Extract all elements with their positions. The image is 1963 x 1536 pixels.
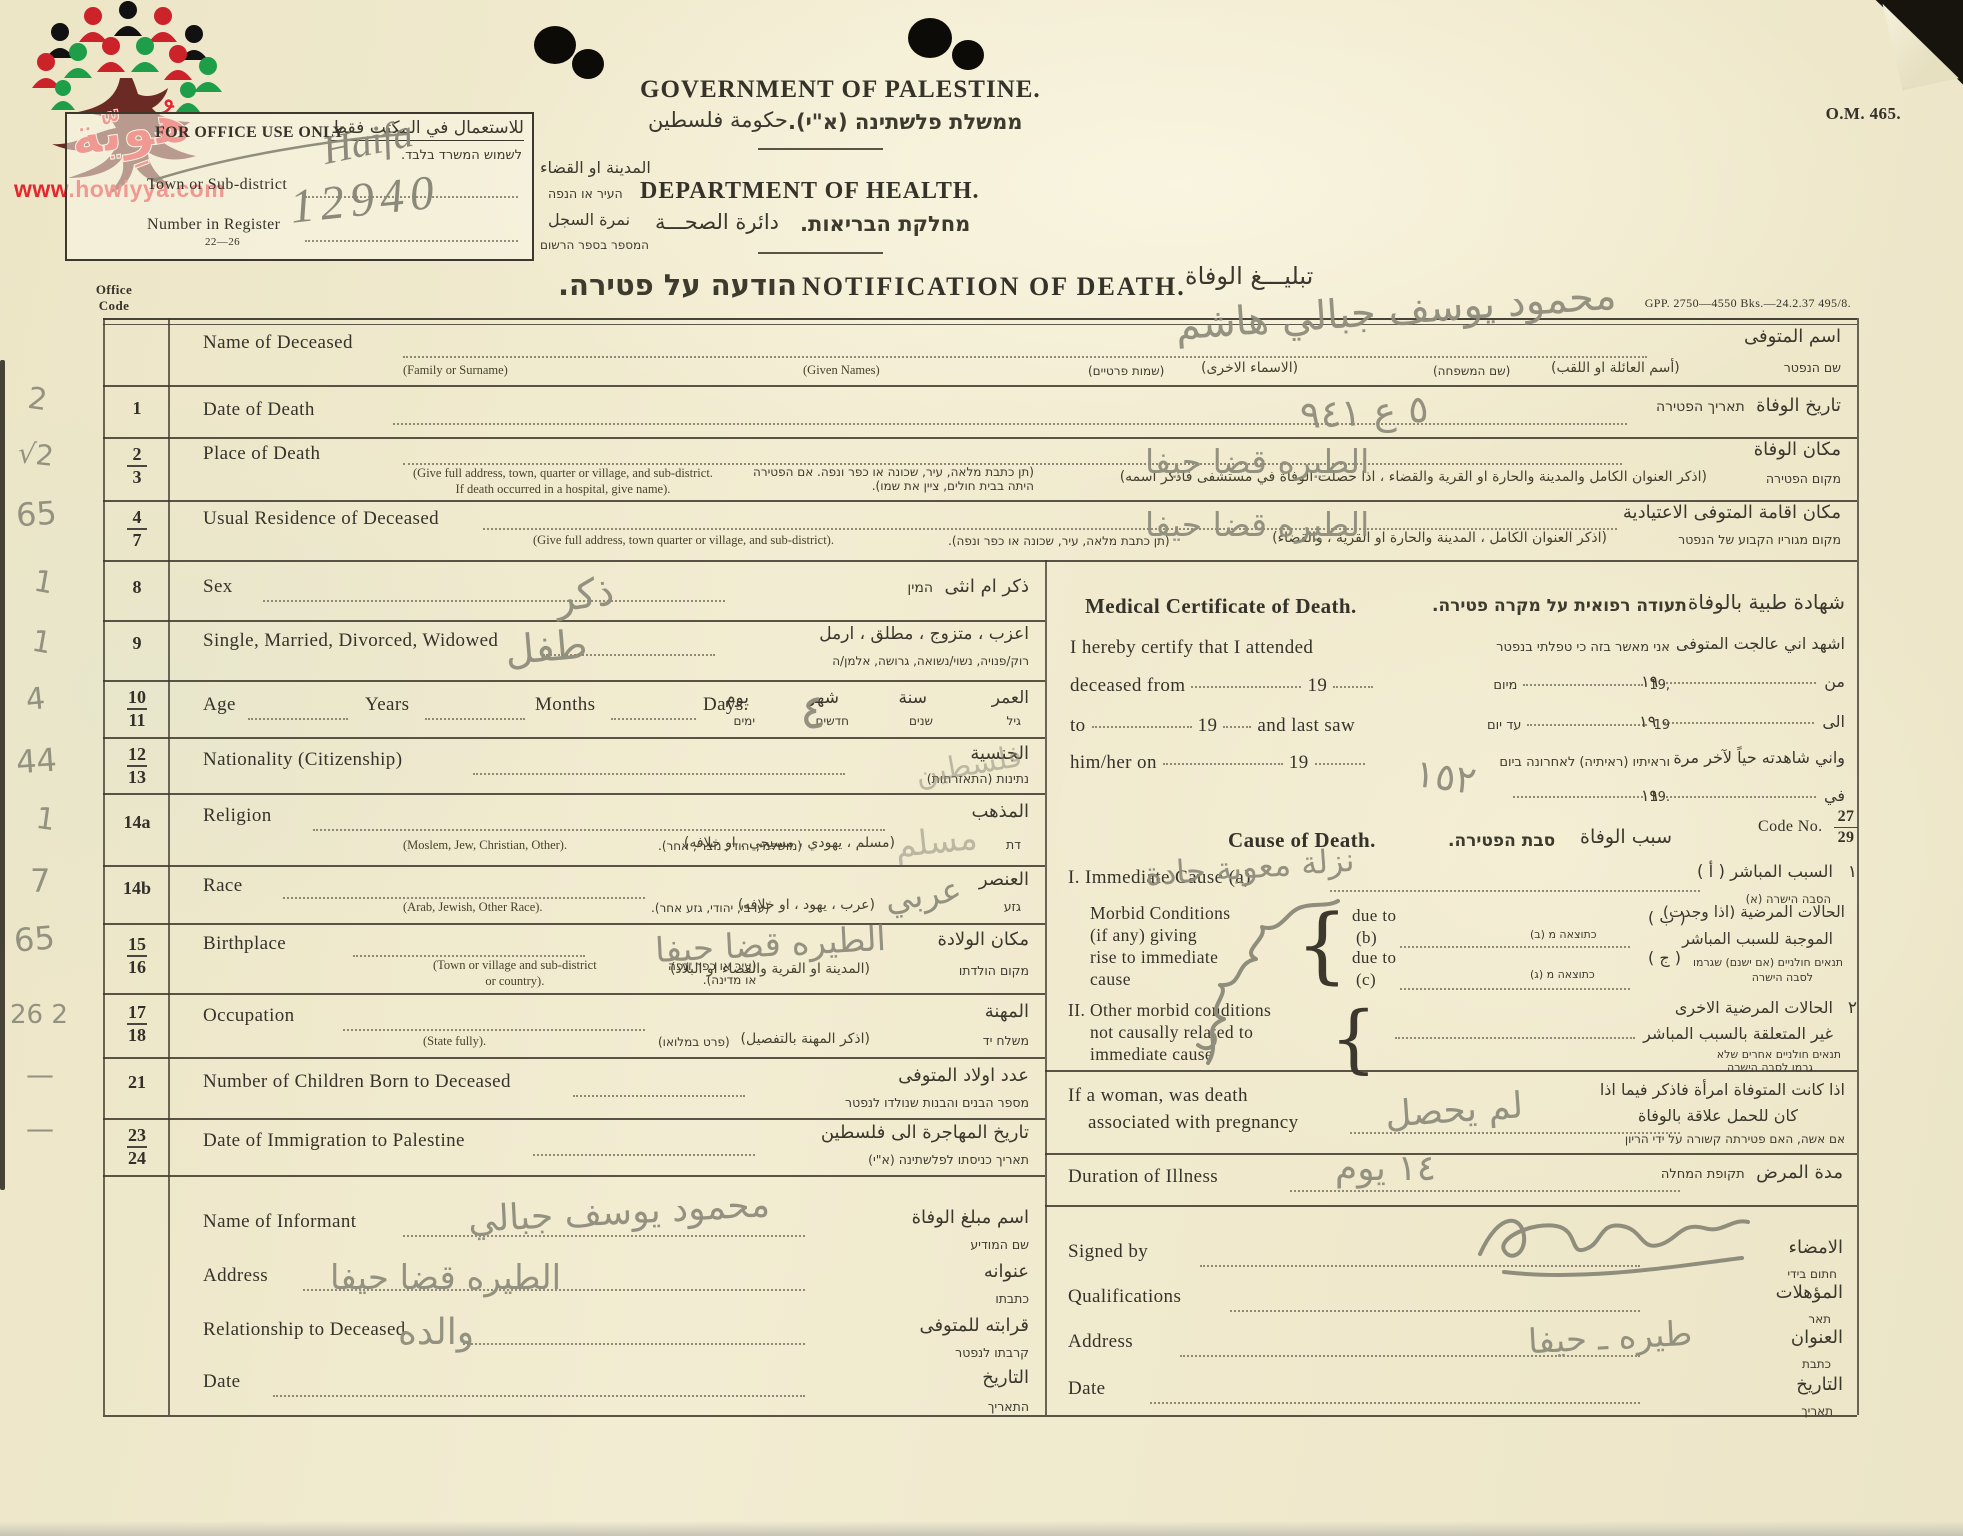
dotted-line[interactable] bbox=[263, 598, 725, 602]
register-range: 22—26 bbox=[205, 236, 240, 248]
dotted-line[interactable] bbox=[425, 716, 525, 720]
row-number: 14a bbox=[109, 813, 165, 832]
immediate-cause-ar: السبب المباشر ( أ ) bbox=[1697, 862, 1833, 881]
religion-label-he: דת bbox=[1006, 837, 1021, 852]
morbid-ar1: الحالات المرضية (اذا وجدت) bbox=[1663, 903, 1845, 921]
department-title-en: DEPARTMENT OF HEALTH. bbox=[640, 178, 940, 205]
c-label-ar: ( ج ) bbox=[1648, 948, 1681, 967]
doctor-date-label: Date bbox=[1068, 1378, 1105, 1400]
row-line bbox=[1045, 1153, 1857, 1155]
print-reference: GPP. 2750—4550 Bks.—24.2.37 495/8. bbox=[1645, 296, 1851, 311]
signed-by-signature bbox=[1470, 1192, 1760, 1287]
residence-label-he: מקום מגוריו הקבוע של הנפטר bbox=[1678, 532, 1841, 547]
page-title-ar: تبليـــغ الوفاة bbox=[1185, 262, 1313, 290]
residence-instructions-en: (Give full address, town quarter or vill… bbox=[533, 532, 834, 548]
place-of-death-label-he: מקום הפטירה bbox=[1766, 471, 1841, 486]
margin-code: 1 bbox=[34, 801, 58, 838]
b-label-ar: ( ب ) bbox=[1648, 908, 1686, 927]
age-label: Age bbox=[203, 694, 236, 716]
pregnancy-he: אם אשה, האם פטירתה קשורה על ידי הריון bbox=[1625, 1132, 1845, 1146]
immigration-label-ar: تاريخ المهاجرة الى فلسطين bbox=[821, 1122, 1029, 1143]
office-code-label: Office Code bbox=[88, 282, 140, 313]
margin-code: 4 bbox=[24, 681, 47, 718]
row-place-of-death: 23 Place of Death (Give full address, to… bbox=[103, 437, 1857, 500]
handwritten-age: ٤ bbox=[800, 684, 826, 740]
pregnancy-line2: associated with pregnancy bbox=[1088, 1112, 1298, 1134]
relationship-label-he: קרבתו לנפטר bbox=[955, 1345, 1029, 1360]
immediate-cause-number-ar: ١ bbox=[1848, 862, 1857, 882]
office-box-title-he: לשמוש המשרד בלבד. bbox=[401, 148, 522, 163]
attended-to-ar: الى١٩ bbox=[1639, 712, 1845, 731]
dotted-line[interactable] bbox=[1230, 1308, 1640, 1312]
scan-edge-left bbox=[0, 360, 5, 1190]
panel-divider bbox=[1045, 560, 1047, 1415]
qualifications-label-he: תאר bbox=[1808, 1312, 1831, 1326]
handwritten-informant-address: الطيره قضا حيفا bbox=[330, 1258, 561, 1298]
given-names-sub-label: (Given Names) bbox=[803, 362, 880, 378]
religion-options-en: (Moslem, Jew, Christian, Other). bbox=[403, 837, 567, 853]
date-of-death-label-ar: تاريخ الوفاة תאריך הפטירה bbox=[1656, 395, 1841, 416]
code-no-label: Code No. bbox=[1758, 818, 1823, 836]
children-label-ar: عدد اولاد المتوفى bbox=[898, 1065, 1029, 1086]
doctor-address-label: Address bbox=[1068, 1331, 1133, 1353]
informant-address-label-he: כתבתו bbox=[995, 1291, 1029, 1306]
margin-code: 1 bbox=[31, 564, 56, 602]
handwritten-duration: ١٤ يوم bbox=[1335, 1148, 1436, 1189]
years-label-ar: سنة bbox=[899, 688, 928, 708]
pregnancy-ar2: كان للحمل علاقة بالوفاة bbox=[1638, 1106, 1798, 1125]
handwritten-death-date: ٥ ع ٩٤١ bbox=[1299, 387, 1430, 438]
department-title-he: מחלקת הבריאות. bbox=[800, 212, 970, 236]
informant-name-label: Name of Informant bbox=[203, 1211, 356, 1233]
informant-date-label-ar: التاريخ bbox=[982, 1367, 1029, 1388]
doctor-signature-scribble bbox=[1188, 895, 1358, 1070]
occupation-instructions-ar: (اذكر المهنة بالتفصيل) bbox=[741, 1031, 870, 1047]
dotted-line[interactable] bbox=[273, 1393, 805, 1397]
row-birthplace: 1516 Birthplace (Town or village and sub… bbox=[103, 923, 1045, 993]
signed-by-label-he: חתום בידי bbox=[1787, 1267, 1837, 1281]
margin-code: 2 bbox=[26, 381, 50, 418]
scan-edge-bottom bbox=[0, 1521, 1963, 1536]
surname-sub-ar: (أسم العائلة او اللقب) bbox=[1551, 360, 1680, 376]
qualifications-label: Qualifications bbox=[1068, 1286, 1181, 1308]
dotted-line[interactable] bbox=[1400, 944, 1630, 948]
due-to-b-label: due to bbox=[1352, 906, 1396, 926]
years-label: Years bbox=[365, 694, 409, 716]
marital-label: Single, Married, Divorced, Widowed bbox=[203, 630, 498, 652]
age-label-ar: العمر bbox=[992, 688, 1029, 708]
margin-code: 65 bbox=[15, 494, 58, 535]
race-label: Race bbox=[203, 875, 243, 897]
religion-options-ar: (مسلم ، يهودي ، مسيحي ، او خلافه) bbox=[684, 835, 895, 851]
race-label-ar: العنصر bbox=[979, 869, 1029, 890]
row-number: 1516 bbox=[113, 935, 161, 977]
sex-label: Sex bbox=[203, 576, 233, 598]
margin-code: √2 bbox=[16, 436, 55, 473]
attended-to-line: to19and last saw bbox=[1070, 715, 1355, 737]
subdistrict-label-he: העיר או הנפה bbox=[548, 186, 623, 201]
medical-cert-title-ar: شهادة طبية بالوفاة bbox=[1688, 590, 1845, 614]
last-saw-line: him/her on19 bbox=[1070, 752, 1371, 774]
c-label-he: כתוצאה מ (ג) bbox=[1530, 968, 1595, 981]
given-names-sub-ar: (الاسماء الاخرى) bbox=[1201, 360, 1298, 376]
residence-label-ar: مكان اقامة المتوفى الاعتيادية bbox=[1623, 502, 1841, 523]
place-of-death-label-ar: مكان الوفاة bbox=[1754, 439, 1841, 460]
handwritten-sex: ذكر bbox=[552, 568, 617, 622]
row-number: 8 bbox=[113, 578, 161, 597]
marital-label-he: רוק/פנויה, נשוי/נשואה, גרושה, אלמן/ה bbox=[832, 654, 1029, 668]
dotted-line[interactable] bbox=[611, 716, 696, 720]
other-morbid-he2: גרמו לסבה הישרה bbox=[1727, 1061, 1813, 1074]
register-label-ar: نمرة السجل bbox=[548, 210, 630, 229]
pregnancy-ar1: اذا كانت المتوفاة امرأة فاذكر فيما اذا bbox=[1600, 1080, 1845, 1099]
row-number: 1718 bbox=[113, 1003, 161, 1045]
medical-cert-title-en: Medical Certificate of Death. bbox=[1085, 594, 1357, 619]
residence-label: Usual Residence of Deceased bbox=[203, 508, 439, 530]
age-label-he: גיל bbox=[1007, 714, 1021, 728]
morbid-he2: לסבה הישרה bbox=[1752, 971, 1813, 984]
religion-label: Religion bbox=[203, 805, 272, 827]
cause-title-ar: سبب الوفاة bbox=[1580, 826, 1672, 848]
row-age: 1011 Age Years Months Days. العمر גיל سن… bbox=[103, 680, 1045, 737]
c-label: (c) bbox=[1356, 970, 1376, 990]
certify-line-he: אני מאשר בזה כי טפלתי בנפטר bbox=[1430, 640, 1670, 655]
death-notification-form: هُوِيّة www.howiyya.com O.M. 465. FOR OF… bbox=[0, 0, 1963, 1536]
occupation-instructions-he: (פרט במלואו) bbox=[658, 1035, 730, 1049]
attended-from-he: ,19מיום bbox=[1430, 678, 1670, 693]
date-of-death-label: Date of Death bbox=[203, 399, 315, 421]
dotted-line[interactable] bbox=[533, 1152, 755, 1156]
attended-from-line: deceased from19 bbox=[1070, 675, 1379, 697]
row-usual-residence: 47 Usual Residence of Deceased (Give ful… bbox=[103, 500, 1857, 560]
dotted-line[interactable] bbox=[403, 354, 1647, 358]
informant-date-label-he: התאריך bbox=[988, 1399, 1029, 1414]
margin-code: — bbox=[26, 1112, 54, 1145]
handwritten-doctor-address: طيره ـ حيفا bbox=[1527, 1314, 1693, 1363]
duration-label-ar: مدة المرض תקופת המחלה bbox=[1661, 1162, 1843, 1183]
subdistrict-label-ar: المدينة او القضاء bbox=[540, 158, 651, 177]
relationship-label-ar: قرابته للمتوفى bbox=[919, 1315, 1029, 1336]
informant-address-label-ar: عنوانه bbox=[984, 1261, 1029, 1282]
row-number: 1 bbox=[113, 399, 161, 418]
code-no-values: 2729 bbox=[1832, 808, 1860, 847]
nationality-label: Nationality (Citizenship) bbox=[203, 749, 402, 771]
morbid-line2: (if any) giving bbox=[1090, 925, 1197, 946]
marital-label-ar: اعزب ، متزوج ، مطلق ، ارمل bbox=[819, 624, 1029, 644]
handwritten-cert-mark: ١٥٢ bbox=[1412, 751, 1479, 803]
days-label-ar: يوم bbox=[725, 688, 749, 708]
row-number: 14b bbox=[109, 879, 165, 898]
row-number: 9 bbox=[113, 634, 161, 653]
attended-from-ar: من١٩ bbox=[1641, 672, 1845, 691]
qualifications-label-ar: المؤهلات bbox=[1776, 1282, 1843, 1303]
dotted-line[interactable] bbox=[1400, 986, 1630, 990]
hole-punch bbox=[908, 18, 952, 58]
surname-sub-label: (Family or Surname) bbox=[403, 362, 508, 378]
cause-title-he: סבת הפטירה. bbox=[1448, 831, 1555, 851]
last-saw-ar: واني شاهدته حياً لآخر مرة bbox=[1673, 748, 1845, 767]
birthplace-instructions-en: (Town or village and sub-district or cou… bbox=[433, 957, 597, 990]
attended-to-he: 19עד יום bbox=[1430, 718, 1670, 733]
handwritten-immediate-cause: نزلة معوية حادة bbox=[1144, 841, 1356, 894]
row-number: 1213 bbox=[113, 745, 161, 787]
dotted-line[interactable] bbox=[1150, 1400, 1640, 1404]
dotted-line[interactable] bbox=[393, 421, 1627, 425]
years-label-he: שנים bbox=[909, 714, 933, 728]
page-title-en: NOTIFICATION OF DEATH. bbox=[802, 272, 1186, 302]
morbid-he1: תנאים חולניים (אם ישנם) שגרמו bbox=[1693, 956, 1843, 969]
other-morbid-he1: תנאים חולניים אחרים שלא bbox=[1717, 1048, 1841, 1061]
name-label-ar: اسم المتوفى bbox=[1744, 326, 1841, 347]
place-instructions-he: (תן כתבת מלאה, עיר, שכונה או כפר ונפה. א… bbox=[753, 465, 1034, 493]
government-title-he: ממשלת פלשתינה (א"י). bbox=[788, 110, 1023, 134]
rule-line bbox=[758, 148, 883, 150]
signed-by-label: Signed by bbox=[1068, 1241, 1148, 1263]
pregnancy-line1: If a woman, was death bbox=[1068, 1085, 1248, 1107]
margin-code: 1 bbox=[29, 624, 54, 662]
dotted-line bbox=[305, 238, 518, 242]
due-to-c-label: due to bbox=[1352, 948, 1396, 968]
given-names-sub-he: (שמות פרטיים) bbox=[1088, 364, 1164, 378]
immigration-label: Date of Immigration to Palestine bbox=[203, 1130, 465, 1152]
months-label: Months bbox=[535, 694, 595, 716]
margin-code: 44 bbox=[15, 741, 58, 782]
last-saw-date-ar: في١٩ bbox=[1641, 786, 1845, 805]
handwritten-marital: طفل bbox=[503, 621, 589, 674]
form-number: O.M. 465. bbox=[1826, 104, 1901, 124]
informant-address-label: Address bbox=[203, 1265, 268, 1287]
occupation-instructions-en: (State fully). bbox=[423, 1033, 486, 1049]
morbid-ar2: الموجبة للسبب المباشر bbox=[1682, 930, 1833, 948]
row-occupation: 1718 Occupation (State fully). (פרט במלו… bbox=[103, 993, 1045, 1057]
hole-punch bbox=[952, 40, 984, 70]
row-children: 21 Number of Children Born to Deceased ع… bbox=[103, 1057, 1045, 1118]
rule-line bbox=[758, 252, 883, 254]
handwritten-pregnancy: لم يحصل bbox=[1384, 1085, 1525, 1136]
row-number: 47 bbox=[113, 508, 161, 550]
handwritten-residence: الطيره قضا حيفا bbox=[1145, 505, 1369, 544]
relationship-label: Relationship to Deceased bbox=[203, 1319, 406, 1341]
doctor-address-label-ar: العنوان bbox=[1791, 1327, 1843, 1348]
birthplace-label-he: מקום הולדתו bbox=[959, 963, 1029, 978]
handwritten-death-place: الطيره قضا حيفا bbox=[1145, 442, 1369, 481]
department-title-ar: دائرة الصحـــة bbox=[655, 210, 779, 234]
surname-sub-he: (שם המשפחה) bbox=[1433, 364, 1510, 378]
row-number: 21 bbox=[113, 1073, 161, 1092]
dotted-line[interactable] bbox=[463, 1341, 805, 1345]
residence-instructions-he: (תן כתבת מלאה, עיר, שכונה או כפר ונפה). bbox=[948, 534, 1170, 548]
handwritten-religion: مسلم bbox=[893, 818, 979, 866]
table-bottom-border bbox=[103, 1415, 1857, 1417]
name-label-en: Name of Deceased bbox=[203, 332, 353, 354]
religion-label-ar: المذهب bbox=[971, 801, 1029, 822]
table-right-border bbox=[1857, 318, 1859, 1415]
certify-line-en: I hereby certify that I attended bbox=[1070, 637, 1313, 659]
hole-punch bbox=[572, 49, 604, 79]
race-options-ar: (عرب ، يهود ، او خلافه) bbox=[738, 897, 875, 913]
duration-label: Duration of Illness bbox=[1068, 1166, 1218, 1188]
occupation-label: Occupation bbox=[203, 1005, 295, 1027]
row-name-of-deceased: Name of Deceased (Family or Surname) (Gi… bbox=[103, 320, 1857, 385]
doctor-date-label-he: תאריך bbox=[1801, 1404, 1833, 1418]
birthplace-label: Birthplace bbox=[203, 933, 286, 955]
informant-name-label-he: שם המודיע bbox=[970, 1237, 1029, 1252]
dotted-line[interactable] bbox=[1395, 1035, 1635, 1039]
margin-code: — bbox=[26, 1058, 54, 1091]
certify-line-ar: اشهد اني عالجت المتوفى bbox=[1676, 634, 1845, 653]
occupation-label-ar: المهنة bbox=[985, 1001, 1029, 1022]
dotted-line[interactable] bbox=[343, 1027, 645, 1031]
place-of-death-label: Place of Death bbox=[203, 443, 320, 465]
register-label-he: המספר בספר הרשום bbox=[540, 238, 649, 252]
race-options-en: (Arab, Jewish, Other Race). bbox=[403, 899, 543, 915]
row-number: 2324 bbox=[113, 1126, 161, 1168]
row-immigration: 2324 Date of Immigration to Palestine تا… bbox=[103, 1118, 1045, 1175]
immigration-label-he: תאריך כניסתו לפלשתינה (א"י) bbox=[868, 1152, 1029, 1167]
hole-punch bbox=[534, 26, 576, 64]
signed-by-label-ar: الامضاء bbox=[1789, 1237, 1843, 1258]
dotted-line[interactable] bbox=[473, 771, 845, 775]
dotted-line[interactable] bbox=[248, 716, 348, 720]
office-box-pencil-line bbox=[150, 128, 410, 188]
dotted-line[interactable] bbox=[573, 1093, 745, 1097]
government-title-ar: حكومة فلسطين bbox=[648, 108, 788, 132]
other-morbid-ar1: الحالات المرضية الاخرى bbox=[1675, 998, 1833, 1017]
children-label: Number of Children Born to Deceased bbox=[203, 1071, 511, 1093]
occupation-label-he: משלח יד bbox=[983, 1033, 1029, 1048]
margin-code: 65 bbox=[12, 918, 56, 959]
page-title-he: הודעה על פטירה. bbox=[558, 268, 797, 302]
register-label: Number in Register bbox=[147, 216, 280, 234]
government-title-en: GOVERNMENT OF PALESTINE. bbox=[640, 76, 940, 104]
informant-name-label-ar: اسم مبلغ الوفاة bbox=[912, 1207, 1029, 1228]
birthplace-label-ar: مكان الولادة bbox=[937, 929, 1029, 950]
medical-cert-title-he: תעודה רפואית על מקרה פטירה. bbox=[1432, 596, 1687, 616]
days-label-he: ימים bbox=[734, 714, 755, 728]
b-label-he: כתוצאה מ (ב) bbox=[1530, 928, 1597, 941]
sex-label-ar: ذكر ام انثى המין bbox=[907, 576, 1029, 597]
doctor-date-label-ar: التاريخ bbox=[1796, 1374, 1843, 1395]
margin-code: 26 2 bbox=[10, 1000, 68, 1030]
morbid-line4: cause bbox=[1090, 969, 1131, 990]
row-number: 23 bbox=[113, 445, 161, 487]
place-instructions-en: (Give full address, town, quarter or vil… bbox=[413, 465, 713, 498]
row-number: 1011 bbox=[113, 688, 161, 730]
handwritten-relationship: والده bbox=[398, 1312, 474, 1353]
other-morbid-ar2: غير المتعلقة بالسبب المباشر bbox=[1643, 1024, 1833, 1043]
row-date-of-death: 1 Date of Death تاريخ الوفاة תאריך הפטיר… bbox=[103, 385, 1857, 437]
other-morbid-number-ar: ٢ bbox=[1848, 998, 1857, 1018]
informant-date-label: Date bbox=[203, 1371, 240, 1393]
dotted-line[interactable] bbox=[313, 827, 885, 831]
doctor-address-label-he: כתבת bbox=[1802, 1357, 1831, 1371]
race-label-he: גזע bbox=[1004, 899, 1021, 914]
dotted-line[interactable] bbox=[1330, 888, 1700, 892]
row-nationality: 1213 Nationality (Citizenship) الجنسية נ… bbox=[103, 737, 1045, 793]
margin-code: 7 bbox=[30, 862, 50, 900]
name-label-he: שם הנפטר bbox=[1784, 360, 1841, 375]
b-label: (b) bbox=[1356, 928, 1377, 948]
children-label-he: מספר הבנים והבנות שנולדו לנפטר bbox=[845, 1095, 1029, 1110]
